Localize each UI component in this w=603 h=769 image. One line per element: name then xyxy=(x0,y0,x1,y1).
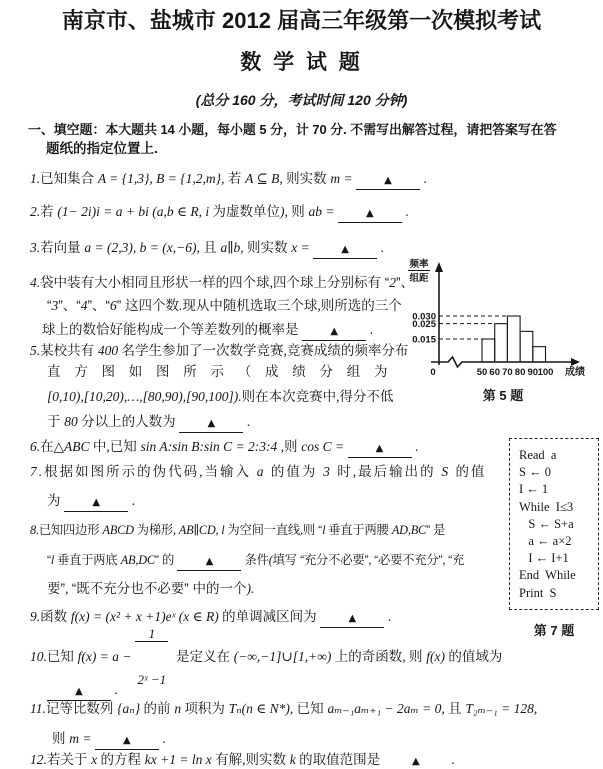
code-line-4: While I≤3 xyxy=(519,499,598,516)
section-header-line-2: 题纸的指定位置上. xyxy=(46,140,158,157)
answer-blank: ▲ xyxy=(302,323,366,341)
svg-text:组距: 组距 xyxy=(409,272,429,284)
svg-text:成绩: 成绩 xyxy=(565,365,585,378)
answer-blank: ▲ xyxy=(384,753,448,769)
question-10-line-2: ▲ . xyxy=(47,681,118,701)
answer-blank: ▲ xyxy=(177,553,241,571)
question-5-line-4: 于 80 分以上的人数为 ▲ . xyxy=(47,413,251,433)
question-11-line-1: 11.记等比数列 {aₙ} 的前 n 项积为 Tₙ(n ∈ N*), 已知 aₘ… xyxy=(30,700,537,717)
answer-blank: ▲ xyxy=(95,732,159,750)
fraction-numerator: 1 xyxy=(135,626,168,642)
question-10-prefix: 10.已知 f(x) = a − xyxy=(30,648,131,665)
svg-text:50: 50 xyxy=(477,367,488,378)
fraction-denominator: 2ˣ −1 xyxy=(135,672,168,687)
answer-blank: ▲ xyxy=(356,172,420,190)
code-line-5: S ← S+a xyxy=(519,516,598,533)
exam-info-line: (总分 160 分，考试时间 120 分钟) xyxy=(0,92,603,109)
pseudocode-box: Read a S ← 0 I ← 1 While I≤3 S ← S+a a ←… xyxy=(509,438,599,610)
answer-blank: ▲ xyxy=(64,494,128,512)
score-histogram: 0.0150.0250.03005060708090100成绩频率组距 xyxy=(403,254,603,404)
svg-text:60: 60 xyxy=(489,367,500,378)
question-8-line-1: 8.已知四边形 ABCD 为梯形, AB∥CD, l 为空间一直线,则 “l 垂… xyxy=(30,522,445,539)
code-line-2: S ← 0 xyxy=(519,464,598,481)
svg-text:频率: 频率 xyxy=(409,258,429,270)
question-9-line-1: 9.函数 f(x) = (x² + x +1)eˣ (x ∈ R) 的单调减区间… xyxy=(30,608,392,628)
question-5-line-1: 5.某校共有 400 名学生参加了一次数学竞赛,竞赛成绩的频率分布 xyxy=(30,342,408,359)
answer-blank: ▲ xyxy=(320,610,384,628)
code-line-3: I ← 1 xyxy=(519,481,598,498)
answer-blank: ▲ xyxy=(348,440,412,458)
code-line-6: a ← a×2 xyxy=(519,533,598,550)
question-8-line-3: 要”, “既不充分也不必要” 中的一个). xyxy=(47,580,254,597)
code-line-8: End While xyxy=(519,567,598,584)
question-10-fraction: 1 2ˣ −1 xyxy=(135,596,168,717)
question-4-line-3: 球上的数恰好能构成一个等差数列的概率是 ▲ . xyxy=(42,321,373,341)
question-3-line-1: 3.若向量 a = (2,3), b = (x,−6), 且 a∥b, 则实数 … xyxy=(30,239,384,259)
question-1-line-1: 1.已知集合 A = {1,3}, B = {1,2,m}, 若 A ⊆ B, … xyxy=(30,170,427,190)
question-11-line-2: 则 m = ▲ . xyxy=(52,730,166,750)
code-line-1: Read a xyxy=(519,447,598,464)
question-2-line-1: 2.若 (1− 2i)i = a + bi (a,b ∈ R, i 为虚数单位)… xyxy=(30,203,409,223)
question-10-line-1: 10.已知 f(x) = a − 1 2ˣ −1 是定义在 (−∞,−1]∪[1… xyxy=(30,640,502,672)
answer-blank: ▲ xyxy=(179,415,243,433)
figure5-caption: 第 5 题 xyxy=(455,385,551,404)
question-10-suffix: 是定义在 (−∞,−1]∪[1,+∞) 上的奇函数, 则 f(x) 的值域为 xyxy=(172,648,502,665)
histogram-svg: 0.0150.0250.03005060708090100成绩频率组距 xyxy=(403,254,603,404)
section-header-line-1: 一、填空题：本大题共 14 小题，每小题 5 分，计 70 分. 不需写出解答过… xyxy=(28,121,557,138)
code-line-7: I ← I+1 xyxy=(519,550,598,567)
question-6-line-1: 6.在△ABC 中,已知 sin A:sin B:sin C = 2:3:4 ,… xyxy=(30,438,419,458)
question-7-line-2: 为 ▲ . xyxy=(47,492,135,512)
question-4-line-2: “3”、“4”、“6” 这四个数.现从中随机选取三个球,则所选的三个 xyxy=(47,297,402,314)
svg-text:80: 80 xyxy=(515,367,526,378)
question-4-line-1: 4.袋中装有大小相同且形状一样的四个球,四个球上分别标有 “2”、 xyxy=(30,274,414,291)
code-line-9: Print S xyxy=(519,585,598,602)
question-5-line-3: [0,10),[10,20),…,[80,90),[90,100]).则在本次竞… xyxy=(47,388,394,405)
svg-text:90: 90 xyxy=(528,367,539,378)
question-12-line-1: 12.若关于 x 的方程 kx +1 = ln x 有解,则实数 k 的取值范围… xyxy=(30,751,455,769)
question-7-line-1: 7.根据如图所示的伪代码,当输入 a 的值为 3 时,最后输出的 S 的值 xyxy=(30,463,487,480)
question-8-line-2: “l 垂直于两底 AB,DC” 的 ▲ 条件(填写 “充分不必要”, “必要不充… xyxy=(47,552,464,571)
svg-text:0: 0 xyxy=(430,367,435,378)
exam-page: 南京市、盐城市 2012 届高三年级第一次模拟考试 数 学 试 题 (总分 16… xyxy=(0,0,603,769)
svg-text:0.030: 0.030 xyxy=(412,312,436,323)
svg-text:70: 70 xyxy=(502,367,513,378)
page-title: 南京市、盐城市 2012 届高三年级第一次模拟考试 xyxy=(0,12,603,29)
answer-blank: ▲ xyxy=(338,205,402,223)
question-5-line-2: 直 方 图 如 图 所 示 （ 成 绩 分 组 为 xyxy=(47,363,393,380)
answer-blank: ▲ xyxy=(47,683,111,701)
page-subtitle: 数 学 试 题 xyxy=(0,54,603,71)
svg-text:100: 100 xyxy=(538,367,554,378)
svg-text:0.015: 0.015 xyxy=(412,335,436,346)
figure7-caption: 第 7 题 xyxy=(513,620,595,639)
answer-blank: ▲ xyxy=(313,241,377,259)
